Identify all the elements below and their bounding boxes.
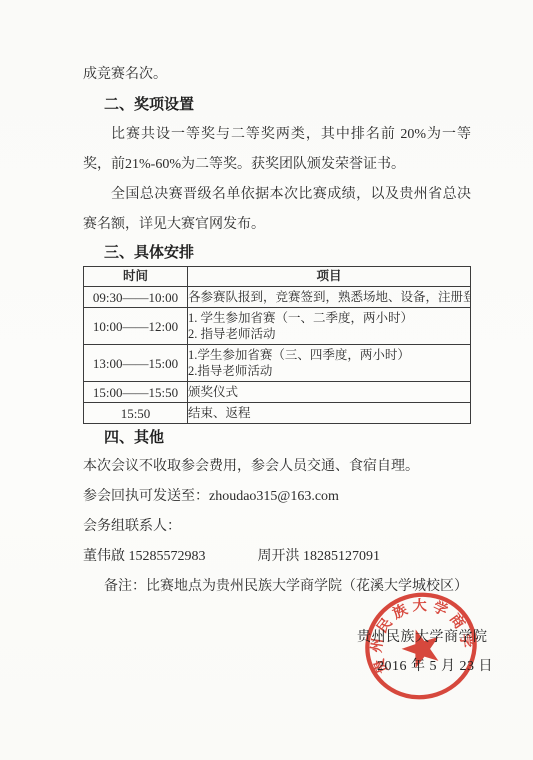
item-cell: 1. 学生参加省赛（一、二季度，两小时）2. 指导老师活动	[188, 308, 471, 345]
schedule-table-head: 时间 项目	[84, 267, 471, 287]
other-line-email: 参会回执可发送至：zhoudao315@163.com	[83, 482, 471, 512]
contacts-line: 董伟啟 15285572983周开洪 18285127091	[83, 542, 471, 572]
time-column-header: 时间	[84, 267, 188, 287]
other-line-fees: 本次会议不收取参会费用，参会人员交通、食宿自理。	[83, 452, 471, 482]
contact-entry: 周开洪 18285127091	[258, 549, 381, 564]
document-content: 成竞赛名次。 二、奖项设置 比赛共设一等奖与二等奖两类，其中排名前 20%为一等…	[83, 60, 471, 602]
awards-paragraph-1: 比赛共设一等奖与二等奖两类，其中排名前 20%为一等奖，前21%-60%为二等奖…	[83, 120, 471, 180]
item-cell: 颁奖仪式	[188, 382, 471, 403]
leading-line: 成竞赛名次。	[83, 60, 471, 90]
section-heading-awards: 二、奖项设置	[83, 90, 471, 120]
scanned-document-page: { "document": { "leading_line": "成竞赛名次。"…	[0, 0, 533, 760]
table-header-row: 时间 项目	[84, 267, 471, 287]
item-column-header: 项目	[188, 267, 471, 287]
contact-entry: 董伟啟 15285572983	[83, 549, 206, 564]
time-cell: 15:50	[84, 403, 188, 424]
schedule-table-body: 09:30——10:00各参赛队报到，竞赛签到，熟悉场地、设备，注册登录10:0…	[84, 287, 471, 424]
section-heading-schedule: 三、具体安排	[83, 240, 471, 266]
table-row: 10:00——12:001. 学生参加省赛（一、二季度，两小时）2. 指导老师活…	[84, 308, 471, 345]
time-cell: 10:00——12:00	[84, 308, 188, 345]
item-cell: 各参赛队报到，竞赛签到，熟悉场地、设备，注册登录	[188, 287, 471, 308]
item-cell: 1.学生参加省赛（三、四季度，两小时）2.指导老师活动	[188, 345, 471, 382]
table-row: 09:30——10:00各参赛队报到，竞赛签到，熟悉场地、设备，注册登录	[84, 287, 471, 308]
document-page: 成竞赛名次。 二、奖项设置 比赛共设一等奖与二等奖两类，其中排名前 20%为一等…	[0, 0, 533, 760]
table-row: 15:50结束、返程	[84, 403, 471, 424]
schedule-table: 时间 项目 09:30——10:00各参赛队报到，竞赛签到，熟悉场地、设备，注册…	[83, 266, 471, 424]
awards-paragraph-2: 全国总决赛晋级名单依据本次比赛成绩，以及贵州省总决赛名额，详见大赛官网发布。	[83, 180, 471, 240]
signature-date: 2016 年 5 月 23 日	[377, 655, 493, 675]
table-row: 13:00——15:001.学生参加省赛（三、四季度，两小时）2.指导老师活动	[84, 345, 471, 382]
signature-organization: 贵州民族大学商学院	[357, 626, 488, 646]
table-row: 15:00——15:50颁奖仪式	[84, 382, 471, 403]
section-heading-other: 四、其他	[83, 424, 471, 452]
time-cell: 13:00——15:00	[84, 345, 188, 382]
time-cell: 09:30——10:00	[84, 287, 188, 308]
other-line-contacts-label: 会务组联系人：	[83, 512, 471, 542]
time-cell: 15:00——15:50	[84, 382, 188, 403]
item-cell: 结束、返程	[188, 403, 471, 424]
official-seal-stamp: 贵州民族大学商学院	[362, 590, 480, 702]
